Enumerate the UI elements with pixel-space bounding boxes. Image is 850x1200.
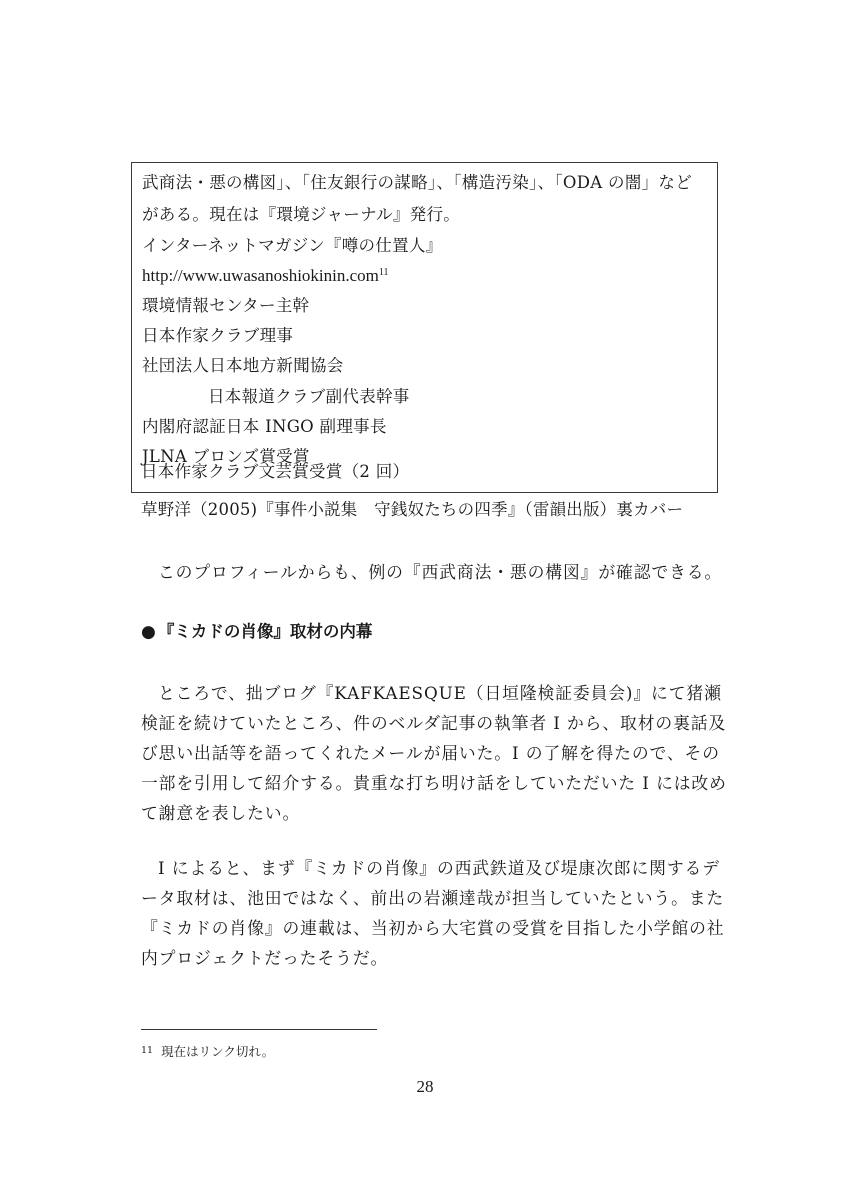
- profile-line: 社団法人日本地方新聞協会: [142, 356, 344, 376]
- document-page: 武商法・悪の構図」、「住友銀行の謀略」、「構造汚染」、「ODA の闇」など があ…: [0, 0, 850, 1200]
- profile-url-link[interactable]: http://www.uwasanoshiokinin.com: [142, 266, 379, 285]
- profile-line: 環境情報センター主幹: [142, 296, 309, 316]
- paragraph-line: 内プロジェクトだったそうだ。: [141, 947, 388, 969]
- profile-line: 武商法・悪の構図」、「住友銀行の謀略」、「構造汚染」、「ODA の闇」など: [142, 173, 692, 193]
- profile-line: がある。現在は『環境ジャーナル』発行。: [142, 205, 460, 225]
- footnote-divider: [141, 1029, 377, 1030]
- paragraph-line: 『ミカドの肖像』の連載は、当初から大宅賞の受賞を目指した小学館の社: [141, 917, 724, 939]
- footnote-number: 11: [141, 1045, 153, 1056]
- paragraph-line: 一部を引用して紹介する。貴重な打ち明け話をしていただいた I には改め: [141, 772, 727, 794]
- page-number: 28: [0, 1077, 850, 1097]
- profile-line: 日本報道クラブ副代表幹事: [208, 387, 410, 407]
- paragraph-line: ータ取材は、池田ではなく、前出の岩瀬達哉が担当していたという。また: [141, 887, 724, 909]
- section-heading: ●『ミカドの肖像』取材の内幕: [141, 621, 372, 643]
- profile-line: 日本作家クラブ理事: [142, 326, 293, 346]
- section-heading-text: 『ミカドの肖像』取材の内幕: [158, 622, 373, 641]
- profile-url-line: http://www.uwasanoshiokinin.com11: [142, 266, 389, 286]
- box-caption: 草野洋（2005)『事件小説集 守銭奴たちの四季』（雷韻出版）裏カバー: [141, 499, 683, 521]
- author-profile-box: 武商法・悪の構図」、「住友銀行の謀略」、「構造汚染」、「ODA の闇」など があ…: [131, 162, 718, 493]
- profile-line: 内閣府認証日本 INGO 副理事長: [142, 417, 387, 437]
- paragraph-line: 検証を続けていたところ、件のベルダ記事の執筆者 I から、取材の裏話及: [141, 712, 726, 734]
- footnote-reference[interactable]: 11: [379, 267, 389, 278]
- profile-line: インターネットマガジン『噂の仕置人』: [142, 236, 443, 256]
- paragraph-line: I によると、まず『ミカドの肖像』の西武鉄道及び堤康次郎に関するデ: [158, 857, 720, 879]
- paragraph-line: このプロフィールからも、例の『西武商法・悪の構図』が確認できる。: [158, 561, 722, 583]
- paragraph-line: ところで、拙ブログ『KAFKAESQUE（日垣隆検証委員会)』にて猪瀬: [158, 682, 722, 704]
- bullet-icon: ●: [141, 622, 156, 642]
- paragraph-line: び思い出話等を語ってくれたメールが届いた。I の了解を得たので、その: [141, 742, 720, 764]
- footnote: 11現在はリンク切れ。: [141, 1043, 274, 1060]
- paragraph-line: て謝意を表したい。: [141, 802, 300, 824]
- footnote-text: 現在はリンク切れ。: [161, 1044, 274, 1059]
- profile-line: 日本作家クラブ文芸賞受賞（2 回）: [141, 462, 409, 482]
